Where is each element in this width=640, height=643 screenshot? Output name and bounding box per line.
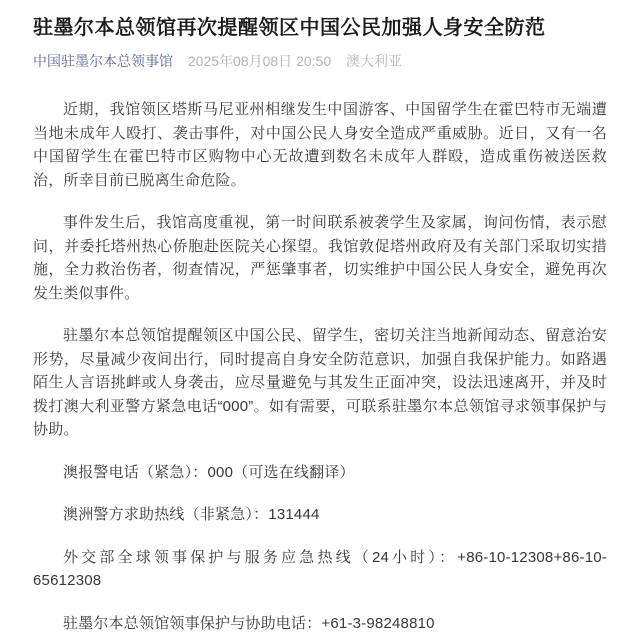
article-page: 驻墨尔本总领馆再次提醒领区中国公民加强人身安全防范 中国驻墨尔本总领事馆 202… <box>0 0 640 643</box>
article-title: 驻墨尔本总领馆再次提醒领区中国公民加强人身安全防范 <box>33 14 607 42</box>
byline: 中国驻墨尔本总领事馆 2025年08月08日 20:50 澳大利亚 <box>33 51 607 71</box>
phone-line-non-emergency: 澳洲警方求助热线（非紧急）：131444 <box>33 503 607 527</box>
article-paragraph-incident: 近期，我馆领区塔斯马尼亚州相继发生中国游客、中国留学生在霍巴特市无端遭当地未成年… <box>33 98 607 192</box>
article-body: 近期，我馆领区塔斯马尼亚州相继发生中国游客、中国留学生在霍巴特市无端遭当地未成年… <box>33 98 607 635</box>
phone-line-emergency: 澳报警电话（紧急）：000（可选在线翻译） <box>33 461 607 485</box>
source-name[interactable]: 中国驻墨尔本总领事馆 <box>33 53 173 69</box>
phone-line-mfa-hotline: 外交部全球领事保护与服务应急热线（24小时）：+86-10-12308+86-1… <box>33 546 607 593</box>
article-paragraph-response: 事件发生后，我馆高度重视，第一时间联系被袭学生及家属，询问伤情，表示慰问，并委托… <box>33 211 607 305</box>
phone-line-consulate: 驻墨尔本总领馆领事保护与协助电话：+61-3-98248810 <box>33 612 607 636</box>
publish-location: 澳大利亚 <box>346 53 402 69</box>
publish-date: 2025年08月08日 20:50 <box>188 53 331 69</box>
article-paragraph-advice: 驻墨尔本总领馆提醒领区中国公民、留学生，密切关注当地新闻动态、留意治安形势，尽量… <box>33 324 607 442</box>
